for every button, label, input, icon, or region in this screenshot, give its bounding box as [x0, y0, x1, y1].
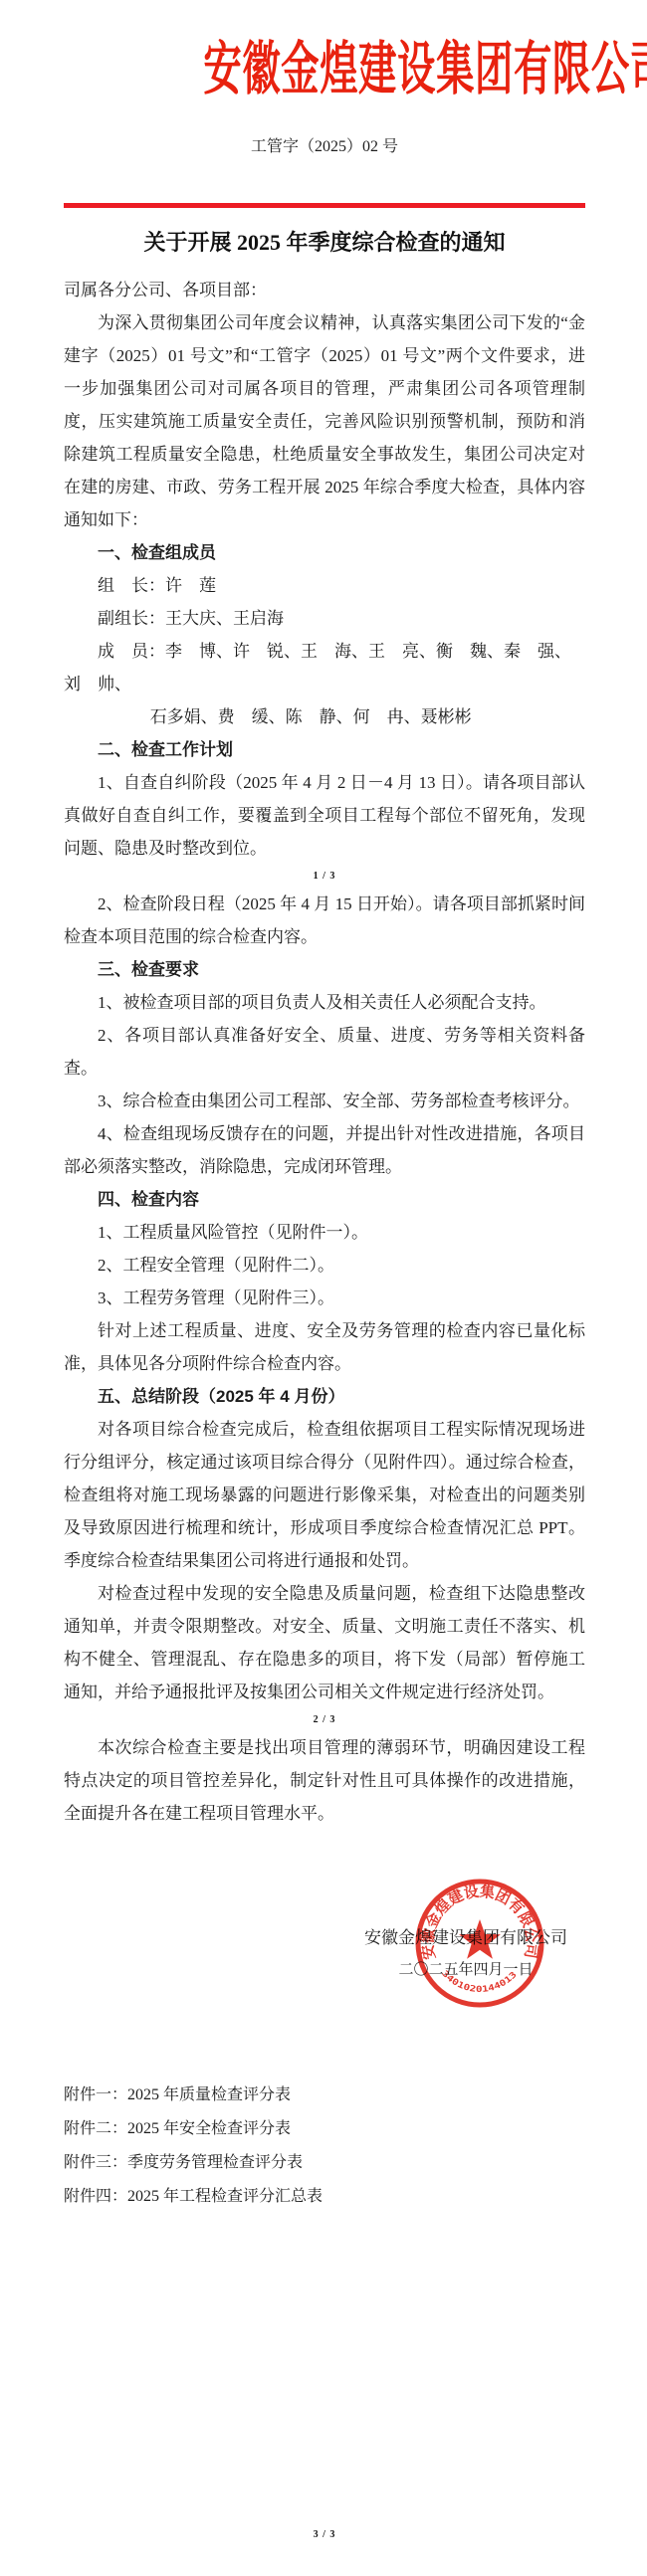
section-5-heading: 五、总结阶段（2025 年 4 月份）: [64, 1380, 585, 1413]
attachment-2: 附件二：2025 年安全检查评分表: [64, 2112, 585, 2146]
attachment-1: 附件一：2025 年质量检查评分表: [64, 2079, 585, 2112]
section-3-heading: 三、检查要求: [64, 953, 585, 986]
org-title-text: 安徽金煌建设集团有限公司文件: [203, 36, 647, 103]
team-members-line-2: 石多娟、费 缓、陈 静、何 冉、聂彬彬: [64, 700, 585, 733]
page-marker-1: 1 / 3: [64, 870, 585, 884]
signature-company: 安徽金煌建设集团有限公司: [364, 1921, 567, 1954]
signature-block: 安徽金煌建设集团有限公司 二〇二五年四月一日 安徽金煌建设集团有限公司 3401…: [64, 1921, 585, 1987]
section-5-paragraph-2: 对检查过程中发现的安全隐患及质量问题，检查组下达隐患整改通知单，并责令限期整改。…: [64, 1577, 585, 1708]
section-3-item-3: 3、综合检查由集团公司工程部、安全部、劳务部检查考核评分。: [64, 1085, 585, 1117]
signature-date: 二〇二五年四月一日: [364, 1954, 567, 1987]
attachment-4: 附件四：2025 年工程检查评分汇总表: [64, 2180, 585, 2214]
section-4-item-3: 3、工程劳务管理（见附件三）。: [64, 1282, 585, 1314]
section-2-item-1: 1、自查自纠阶段（2025 年 4 月 2 日－4 月 13 日）。请各项目部认…: [64, 766, 585, 865]
intro-paragraph: 为深入贯彻集团公司年度会议精神，认真落实集团公司下发的“金建字（2025）01 …: [64, 306, 585, 536]
section-4-item-2: 2、工程安全管理（见附件二）。: [64, 1249, 585, 1282]
section-4-note: 针对上述工程质量、进度、安全及劳务管理的检查内容已量化标准，具体见各分项附件综合…: [64, 1314, 585, 1380]
signature-inner: 安徽金煌建设集团有限公司 二〇二五年四月一日: [364, 1921, 567, 1987]
document-number: 工管字（2025）02 号: [64, 135, 585, 159]
closing-paragraph: 本次综合检查主要是找出项目管理的薄弱环节，明确因建设工程特点决定的项目管控差异化…: [64, 1731, 585, 1830]
page-marker-3: 3 / 3: [64, 2528, 585, 2542]
section-3-item-2: 2、各项目部认真准备好安全、质量、进度、劳务等相关资料备查。: [64, 1019, 585, 1085]
section-2-item-2: 2、检查阶段日程（2025 年 4 月 15 日开始）。请各项目部抓紧时间检查本…: [64, 888, 585, 953]
section-3-item-1: 1、被检查项目部的项目负责人及相关责任人必须配合支持。: [64, 986, 585, 1019]
team-members-line-1: 成 员：李 博、许 锐、王 海、王 亮、衡 魏、秦 强、刘 帅、: [64, 635, 585, 700]
section-1-heading: 一、检查组成员: [64, 536, 585, 569]
team-leader-line: 组 长：许 莲: [64, 569, 585, 602]
section-2-heading: 二、检查工作计划: [64, 733, 585, 766]
page-marker-2: 2 / 3: [64, 1713, 585, 1727]
section-4-heading: 四、检查内容: [64, 1183, 585, 1216]
red-header-org-title: 安徽金煌建设集团有限公司文件: [64, 36, 585, 103]
red-divider-line: [64, 203, 585, 208]
section-5-paragraph-1: 对各项目综合检查完成后，检查组依据项目工程实际情况现场进行分组评分，核定通过该项…: [64, 1413, 585, 1577]
attachments-list: 附件一：2025 年质量检查评分表 附件二：2025 年安全检查评分表 附件三：…: [64, 2079, 585, 2214]
section-4-item-1: 1、工程质量风险管控（见附件一）。: [64, 1216, 585, 1249]
team-deputy-line: 副组长：王大庆、王启海: [64, 602, 585, 635]
document-page: 安徽金煌建设集团有限公司文件 工管字（2025）02 号 关于开展 2025 年…: [0, 0, 647, 2576]
document-title: 关于开展 2025 年季度综合检查的通知: [64, 226, 585, 260]
salutation: 司属各分公司、各项目部：: [64, 274, 585, 306]
section-3-item-4: 4、检查组现场反馈存在的问题，并提出针对性改进措施，各项目部必须落实整改，消除隐…: [64, 1117, 585, 1183]
attachment-3: 附件三：季度劳务管理检查评分表: [64, 2146, 585, 2180]
